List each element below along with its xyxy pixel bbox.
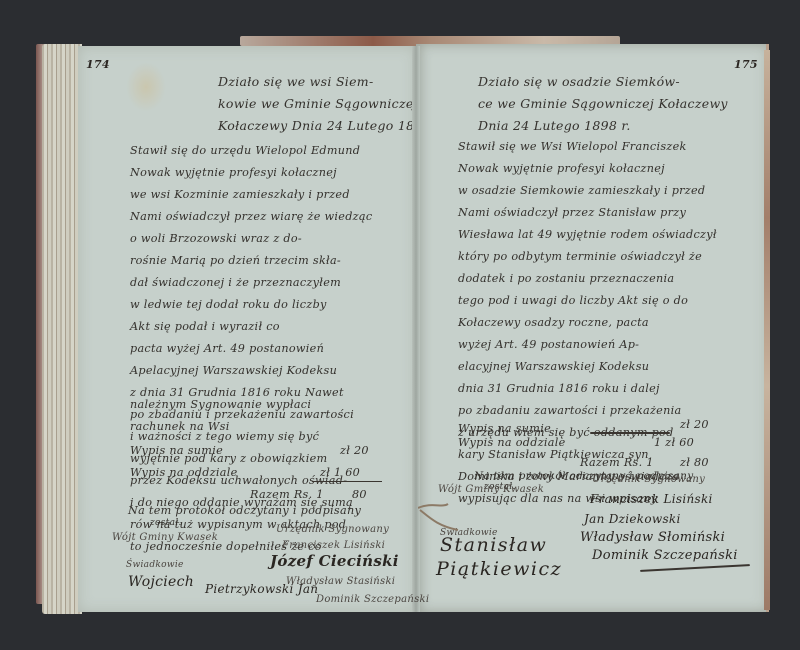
body-line: rachunek na Wsi: [130, 420, 230, 433]
signature: Dominik Szczepański: [316, 594, 429, 605]
amount-value: 80: [352, 488, 367, 501]
heading-line: Działo się w osadzie Siemków-: [478, 74, 680, 89]
body-line: Stawił się we Wsi Wielopol Franciszek: [458, 140, 687, 153]
amount-value: zł 20: [680, 418, 709, 431]
body-line: w osadzie Siemkowie zamieszkały i przed: [458, 184, 705, 197]
amount-label: Wypis na sumie: [458, 422, 551, 435]
amount-label: Razem Rs. 1: [580, 456, 654, 469]
amount-value: 1 zł 60: [654, 436, 694, 449]
amount-value: zł 80: [680, 456, 709, 469]
body-line: Nami oświadczył przez wiarę że wiedząc: [130, 210, 372, 223]
paper-stain: [126, 62, 166, 112]
body-line: pacta wyżej Art. 49 postanowień: [130, 342, 324, 355]
body-line: w ledwie tej dodał roku do liczby: [130, 298, 327, 311]
closing-line: został.: [150, 518, 182, 528]
signature: Dominik Szczepański: [592, 548, 738, 563]
witness-label: Świadkowie: [126, 560, 184, 570]
body-line: Wiesława lat 49 wyjętnie rodem oświadczy…: [458, 228, 717, 241]
signature: Józef Cieciński: [270, 552, 399, 570]
body-line: Nowak wyjętnie profesyi kołacznej: [458, 162, 665, 175]
witness-signature: Wojciech: [128, 574, 194, 590]
amount-value: zł 20: [340, 444, 369, 457]
signature: Pietrzykowski Jan: [205, 582, 318, 596]
page-number: 175: [734, 58, 758, 71]
signature: Franciszek Lisiński: [590, 492, 713, 506]
amount-value: zł 1 60: [320, 466, 360, 479]
body-line: Kołaczewy osadzy roczne, pacta: [458, 316, 649, 329]
signature-wojt: Wójt Gminy Kwasek: [438, 484, 544, 495]
body-line: dodatek i po zostaniu przeznaczenia: [458, 272, 674, 285]
page-number: 174: [86, 58, 110, 71]
clerk-heading: Urzędnik Sygnowany: [592, 474, 705, 485]
page-stack-left: [42, 44, 82, 614]
amount-label: Razem Rs. 1: [250, 488, 324, 501]
sum-rule: [312, 481, 382, 482]
body-line: dał świadczonej i że przeznaczyłem: [130, 276, 341, 289]
amount-label: Wypis na oddziale: [130, 466, 238, 479]
heading-line: ce we Gminie Sągowniczej Kołaczewy: [478, 96, 728, 111]
body-line: Stawił się do urzędu Wielopol Edmund: [130, 144, 360, 157]
signature: Władysław Słomiński: [580, 530, 725, 545]
body-line: Nami oświadczył przez Stanisław przy: [458, 206, 686, 219]
heading-line: Kołaczewy Dnia 24 Lutego 1898: [218, 118, 431, 133]
body-line: po zbadaniu zawartości i przekażenia: [458, 404, 681, 417]
body-line: elacyjnej Warszawskiej Kodeksu: [458, 360, 649, 373]
heading-line: kowie we Gminie Sągowniczej: [218, 96, 418, 111]
body-line: Akt się podał i wyraził co: [130, 320, 280, 333]
closing-line: Na tem protokół odczytany i podpisany: [128, 504, 361, 517]
heading-line: Działo się we wsi Siem-: [218, 74, 373, 89]
torn-page-edge: [764, 50, 770, 610]
body-line: wyżej Art. 49 postanowień Ap-: [458, 338, 639, 351]
signature: Jan Dziekowski: [584, 512, 681, 526]
dash-rule: [590, 432, 670, 434]
body-line: we wsi Kozminie zamieszkały i przed: [130, 188, 350, 201]
clerk-heading: Urzędnik Sygnowany: [276, 524, 389, 535]
body-line: dnia 31 Grudnia 1816 roku i dalej: [458, 382, 660, 395]
body-line: rośnie Marią po dzień trzecim skła-: [130, 254, 341, 267]
signature-wojt: Wójt Gminy Kwasek: [112, 532, 218, 543]
body-line: o woli Brzozowski wraz z do-: [130, 232, 302, 245]
body-line: Nowak wyjętnie profesyi kołacznej: [130, 166, 337, 179]
signature: Franciszek Lisiński: [282, 540, 385, 551]
heading-line: Dnia 24 Lutego 1898 r.: [478, 118, 631, 133]
body-line: który po odbytym terminie oświadczył że: [458, 250, 702, 263]
body-line: tego pod i uwagi do liczby Akt się o do: [458, 294, 688, 307]
body-line: Apelacyjnej Warszawskiej Kodeksu: [130, 364, 337, 377]
binding-thread: [418, 500, 478, 540]
body-line: należnym Sygnowanie wypłaci: [130, 398, 311, 411]
witness-signature: Piątkiewicz: [436, 558, 562, 580]
amount-label: Wypis na sumie: [130, 444, 223, 457]
amount-label: Wypis na oddziale: [458, 436, 566, 449]
